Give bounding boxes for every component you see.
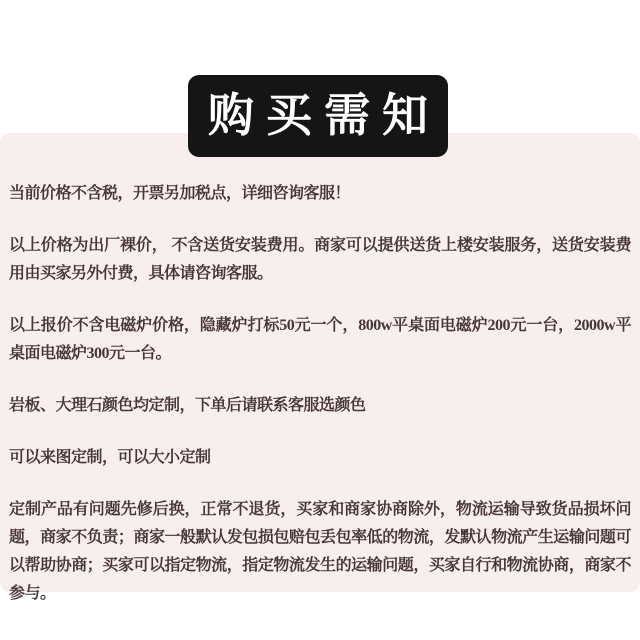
notice-paragraph-custom-size: 可以来图定制，可以大小定制: [9, 444, 631, 472]
purchase-notice-page: 购买需知 当前价格不含税，开票另加税点，详细咨询客服！ 以上价格为出厂裸价， 不…: [0, 0, 640, 640]
notice-paragraph-returns-logistics: 定制产品有问题先修后换，正常不退货，买家和商家协商除外，物流运输导致货品损坏问题…: [9, 496, 631, 608]
notice-paragraph-induction-cooker: 以上报价不含电磁炉价格，隐藏炉打标50元一个，800w平桌面电磁炉200元一台，…: [9, 312, 631, 368]
notice-paragraph-delivery-install: 以上价格为出厂裸价， 不含送货安装费用。商家可以提供送货上楼安装服务，送货安装费…: [9, 232, 631, 288]
notice-paragraph-color-custom: 岩板、大理石颜色均定制，下单后请联系客服选颜色: [9, 392, 631, 420]
notice-paragraph-tax: 当前价格不含税，开票另加税点，详细咨询客服！: [9, 180, 631, 208]
purchase-notice-banner: 购买需知: [188, 75, 448, 157]
banner-title: 购买需知: [196, 93, 440, 139]
notice-panel: 当前价格不含税，开票另加税点，详细咨询客服！ 以上价格为出厂裸价， 不含送货安装…: [0, 133, 640, 592]
